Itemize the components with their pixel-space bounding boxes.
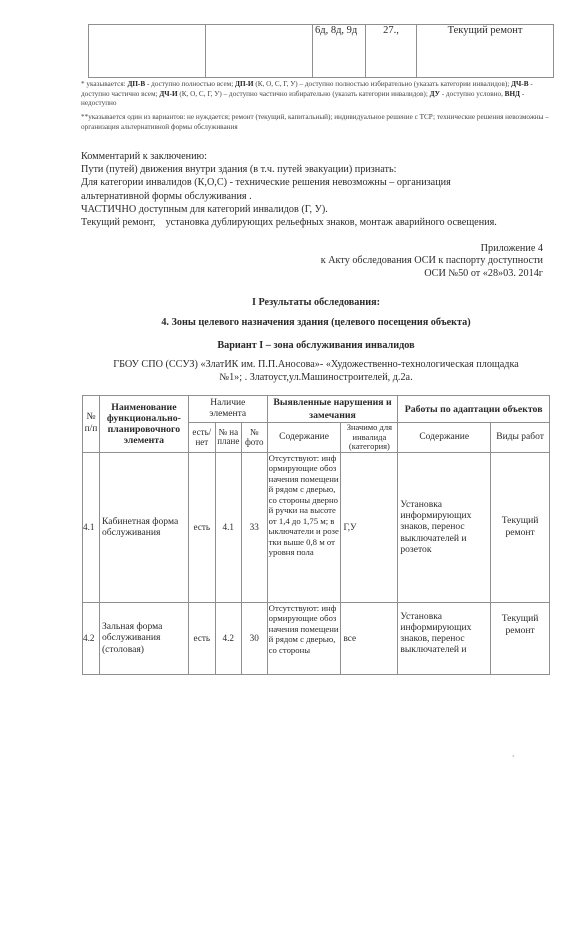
table-cell: Текущий ремонт xyxy=(417,25,554,78)
organization-name: ГБОУ СПО (ССУЗ) «ЗлатИК им. П.П.Аносова»… xyxy=(80,359,552,384)
subsection-heading: 4. Зоны целевого назначения здания (целе… xyxy=(80,317,552,328)
header-work-type: Виды работ xyxy=(491,423,550,453)
cell-plan-no: 4.1 xyxy=(215,452,241,602)
header-num: № п/п xyxy=(83,396,100,453)
cell-num: 4.1 xyxy=(83,452,100,602)
table-cell: 27., xyxy=(366,25,417,78)
header-violations: Выявленные нарушения и замечания xyxy=(267,396,398,423)
footnote-text: (К, О, С, Г, У) – доступно полностью изб… xyxy=(254,80,512,88)
footnote-text: - доступно условно, xyxy=(440,90,505,98)
cell-exists: есть xyxy=(188,452,215,602)
footnote-text: * указывается: xyxy=(81,80,127,88)
header-works: Работы по адаптации объектов xyxy=(398,396,550,423)
cell-violation: Отсутствуют: информирующие обозначения п… xyxy=(267,452,341,602)
cell-exists: есть xyxy=(188,602,215,674)
accessibility-code: ДУ xyxy=(430,90,440,98)
header-exists: есть/ нет xyxy=(188,423,215,453)
cell-work-content: Установка информирующих знаков, перенос … xyxy=(398,452,491,602)
cell-violation: Отсутствуют: информирующие обозначения п… xyxy=(267,602,341,674)
header-work-content: Содержание xyxy=(398,423,491,453)
cell-plan-no: 4.2 xyxy=(215,602,241,674)
variant-heading: Вариант I – зона обслуживания инвалидов xyxy=(80,340,552,351)
appendix-line: к Акту обследования ОСИ к паспорту досту… xyxy=(321,255,543,267)
footnote-text: - доступно полностью всем; xyxy=(145,80,235,88)
table-row: 6д, 8д, 9д 27., Текущий ремонт xyxy=(89,25,554,78)
conclusion-comment: Комментарий к заключению: Пути (путей) д… xyxy=(81,150,561,229)
comment-line: Пути (путей) движения внутри здания (в т… xyxy=(81,163,561,176)
comment-line: ЧАСТИЧНО доступным для категорий инвалид… xyxy=(81,203,561,216)
header-plan-no: № на плане xyxy=(215,423,241,453)
table-row: 4.1 Кабинетная форма обслуживания есть 4… xyxy=(83,452,550,602)
comment-line: Текущий ремонт, установка дублирующих ре… xyxy=(81,216,561,229)
scan-mark: • xyxy=(512,752,520,768)
comment-line: альтернативной формы обслуживания . xyxy=(81,190,561,203)
appendix-reference: Приложение 4 к Акту обследования ОСИ к п… xyxy=(321,243,543,280)
cell-work-type: Текущий ремонт xyxy=(491,452,550,602)
cell-work-content: Установка информирующих знаков, перенос … xyxy=(398,602,491,674)
accessibility-code: ВНД xyxy=(505,90,520,98)
table-cell xyxy=(206,25,313,78)
header-element-name: Наименование функционально-планировочног… xyxy=(99,396,188,453)
results-table: № п/п Наименование функционально-планиро… xyxy=(82,395,550,675)
comment-line: Для категории инвалидов (К,О,С) - технич… xyxy=(81,176,561,189)
cell-work-type: Текущий ремонт xyxy=(491,602,550,674)
cell-element-name: Кабинетная форма обслуживания xyxy=(99,452,188,602)
comment-line: Комментарий к заключению: xyxy=(81,150,561,163)
footnote-text: (К, О, С, Г, У) – доступно частично изби… xyxy=(178,90,430,98)
cell-category: Г,У xyxy=(341,452,398,602)
table-cell: 6д, 8д, 9д xyxy=(313,25,366,78)
header-presence: Наличие элемента xyxy=(188,396,267,423)
accessibility-code: ДЧ-И xyxy=(159,90,177,98)
accessibility-code: ДП-В xyxy=(127,80,145,88)
header-significant-for: Значимо для инвалида (категория) xyxy=(341,423,398,453)
org-line: №1»; . Златоуст,ул.Машиностроителей, д.2… xyxy=(80,372,552,385)
appendix-line: ОСИ №50 от «28»03. 2014г xyxy=(321,268,543,280)
section-heading: I Результаты обследования: xyxy=(80,297,552,308)
header-violation-content: Содержание xyxy=(267,423,341,453)
cell-element-name: Зальная форма обслуживания (столовая) xyxy=(99,602,188,674)
cell-photo-no: 33 xyxy=(241,452,267,602)
accessibility-code: ДП-И xyxy=(235,80,254,88)
table-row: 4.2 Зальная форма обслуживания (столовая… xyxy=(83,602,550,674)
table-cell xyxy=(89,25,206,78)
footnote-accessibility-codes: * указывается: ДП-В - доступно полностью… xyxy=(81,80,551,109)
org-line: ГБОУ СПО (ССУЗ) «ЗлатИК им. П.П.Аносова»… xyxy=(80,359,552,372)
cell-category: все xyxy=(341,602,398,674)
footnote-work-options: **указывается один из вариантов: не нужд… xyxy=(81,113,551,132)
header-photo-no: № фото xyxy=(241,423,267,453)
table-header-row: № п/п Наименование функционально-планиро… xyxy=(83,396,550,423)
continuation-table: 6д, 8д, 9д 27., Текущий ремонт xyxy=(88,24,554,78)
cell-num: 4.2 xyxy=(83,602,100,674)
cell-photo-no: 30 xyxy=(241,602,267,674)
appendix-line: Приложение 4 xyxy=(321,243,543,255)
accessibility-code: ДЧ-В xyxy=(511,80,528,88)
